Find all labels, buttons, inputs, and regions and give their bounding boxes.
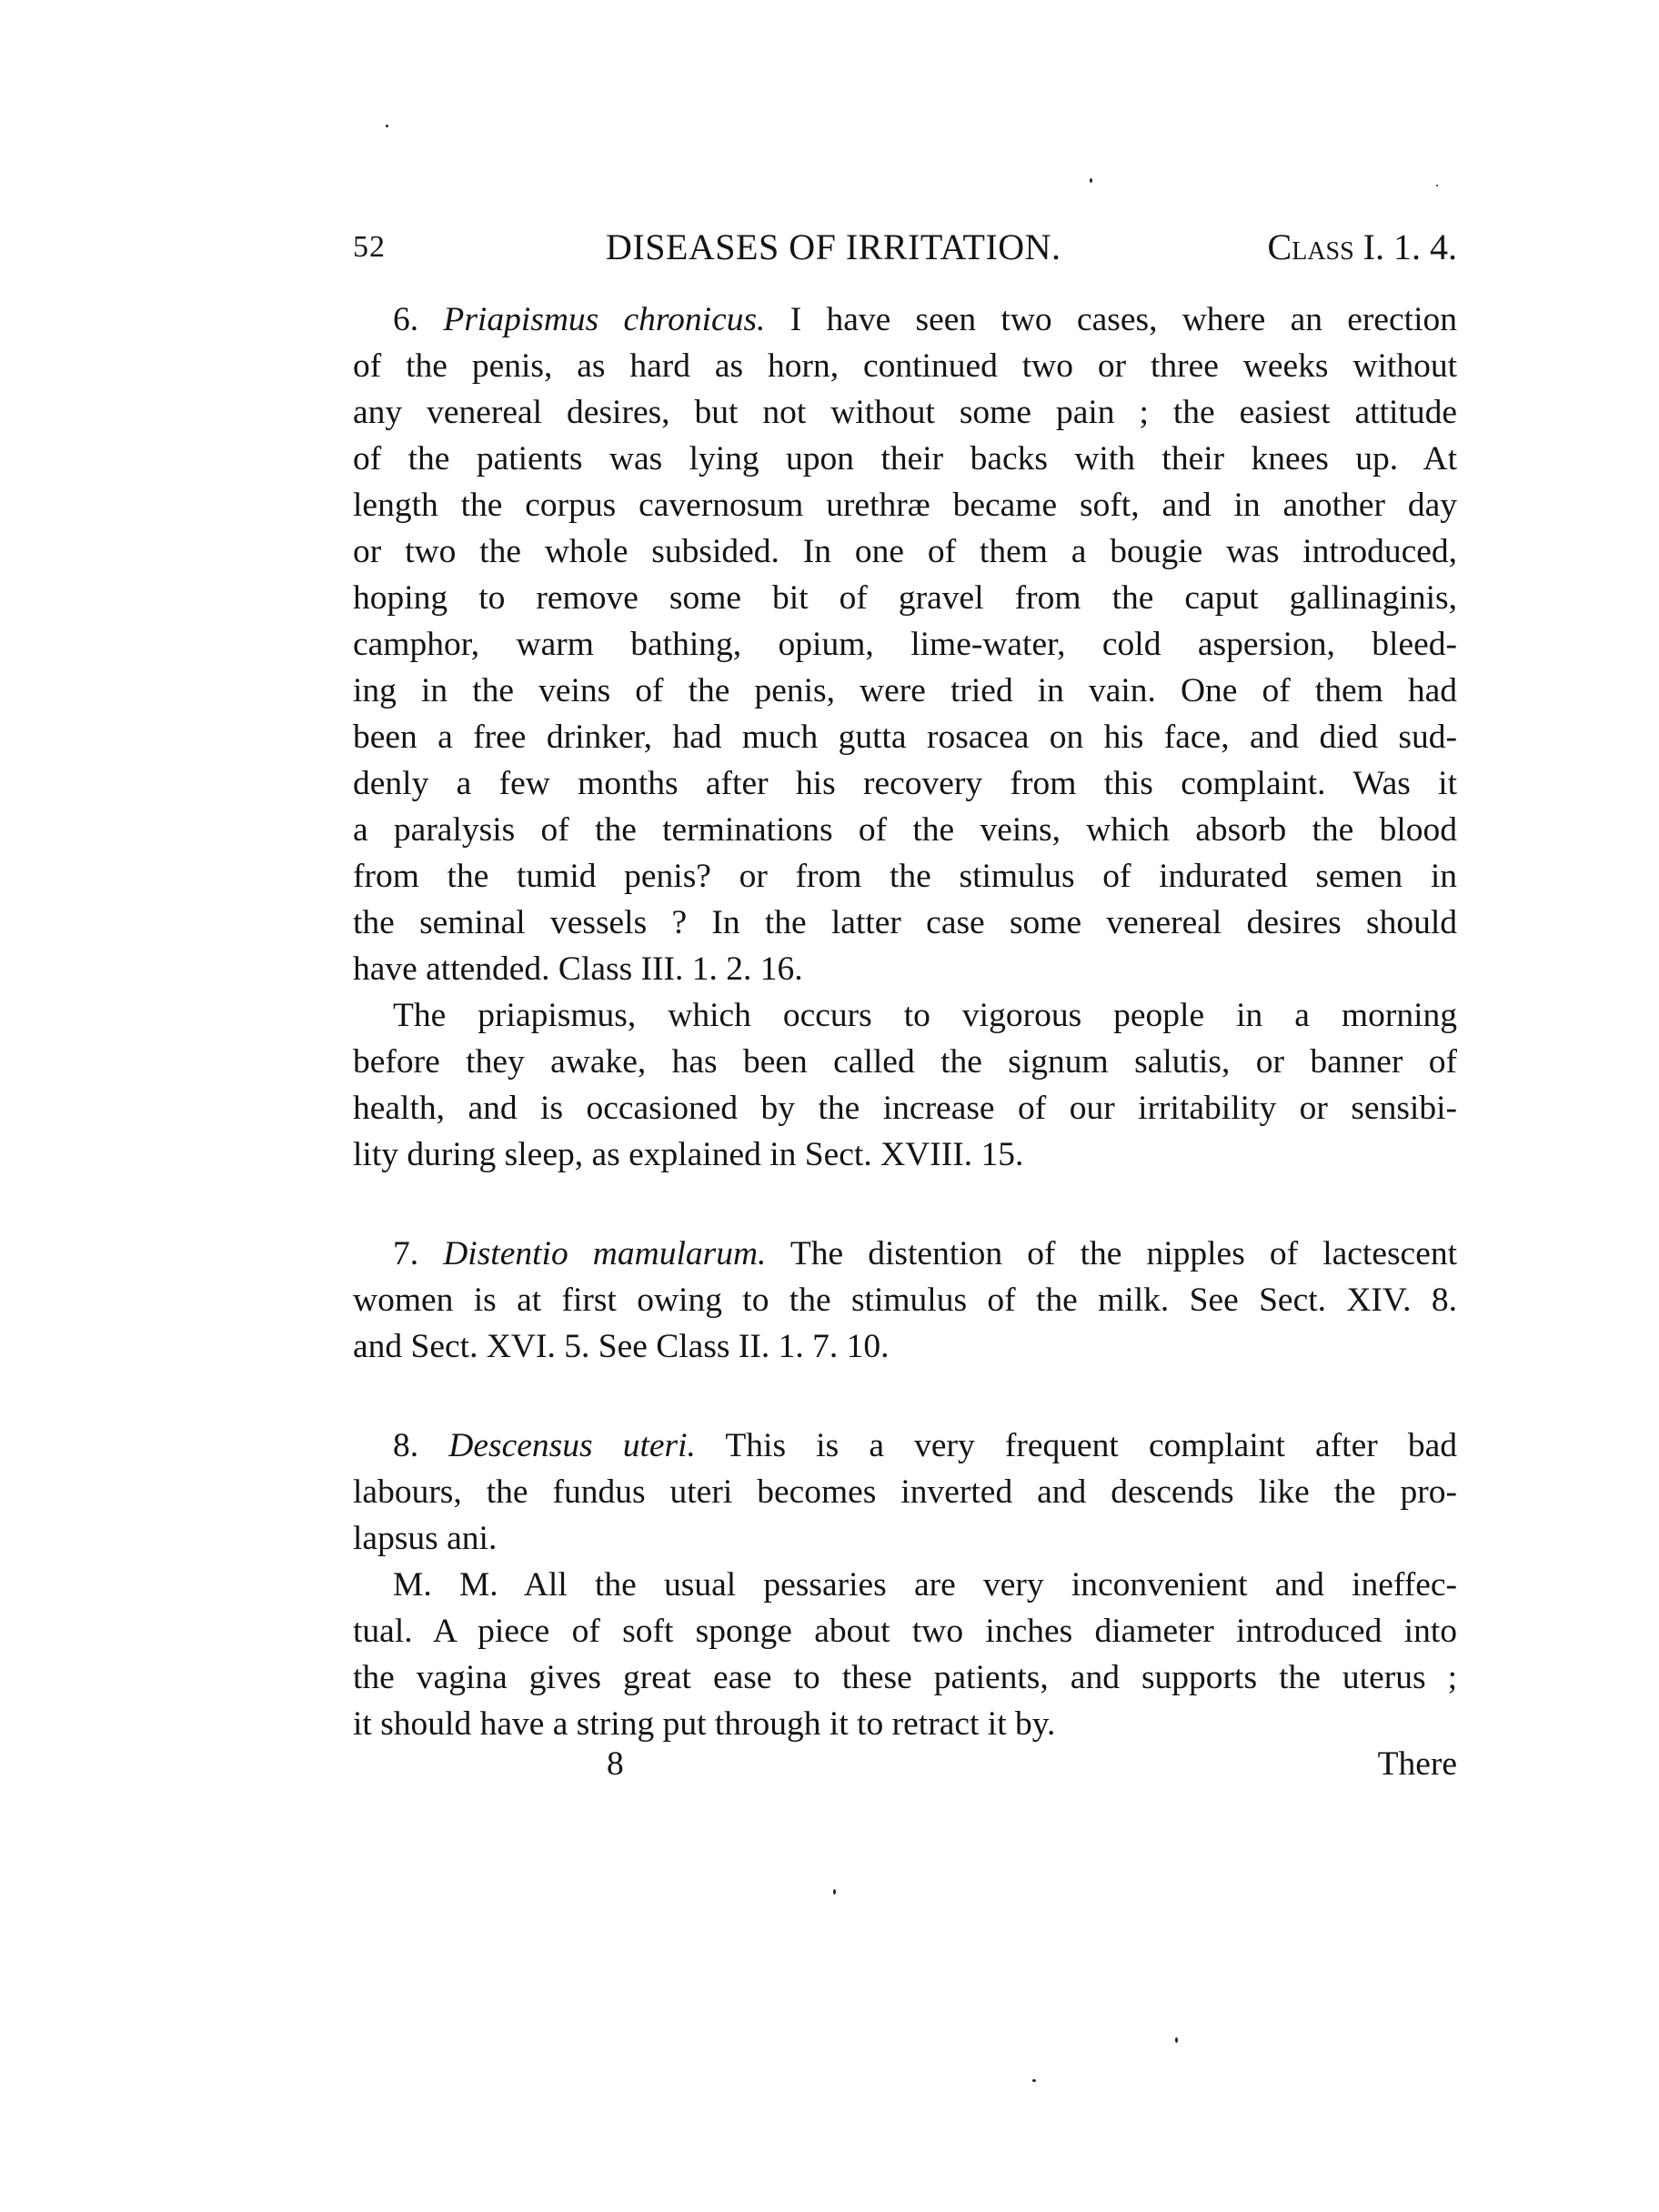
text-line: been a free drinker, had much gutta rosa… bbox=[353, 714, 1457, 760]
text-line: before they awake, has been called the s… bbox=[353, 1039, 1457, 1085]
section-number: 6. bbox=[393, 301, 418, 338]
text-line: hoping to remove some bit of gravel from… bbox=[353, 575, 1457, 621]
text-line: labours, the fundus uteri becomes invert… bbox=[353, 1469, 1457, 1515]
text-line: denly a few months after his recovery fr… bbox=[353, 760, 1457, 807]
section-heading: Priapismus chronicus. bbox=[443, 301, 765, 338]
text-line: from the tumid penis? or from the stimul… bbox=[353, 853, 1457, 900]
running-title: DISEASES OF IRRITATION. bbox=[606, 227, 1061, 267]
catchword: There bbox=[1378, 1741, 1457, 1787]
text-line: The priapismus, which occurs to vigorous… bbox=[353, 992, 1457, 1039]
scan-speck bbox=[1032, 2079, 1036, 2082]
section-descensus-uteri: 8. Descensus uteri. This is a very frequ… bbox=[353, 1423, 1457, 1747]
text-line: any venereal desires, but not without so… bbox=[353, 389, 1457, 436]
text-line: ing in the veins of the penis, were trie… bbox=[353, 668, 1457, 714]
text-line: tual. A piece of soft sponge about two i… bbox=[353, 1608, 1457, 1654]
text-line: This is a very frequent complaint after … bbox=[725, 1427, 1457, 1464]
text-line: have attended. Class III. 1. 2. 16. bbox=[353, 946, 1457, 992]
section-number: 8. bbox=[393, 1427, 418, 1464]
text-line: lapsus ani. bbox=[353, 1515, 1457, 1562]
text-line: health, and is occasioned by the increas… bbox=[353, 1085, 1457, 1131]
page-number: 52 bbox=[353, 227, 386, 267]
section-gap bbox=[353, 1178, 1457, 1231]
section-distentio-mamularum: 7. Distentio mamularum. The distention o… bbox=[353, 1231, 1457, 1370]
section-priapismus-chronicus: 6. Priapismus chronicus. I have seen two… bbox=[353, 297, 1457, 1178]
running-header: 52 DISEASES OF IRRITATION. Class I. 1. 4… bbox=[353, 227, 1457, 267]
scan-speck bbox=[1436, 185, 1438, 186]
section-first-line: 7. Distentio mamularum. The distention o… bbox=[353, 1231, 1457, 1277]
text-line: the seminal vessels ? In the latter case… bbox=[353, 900, 1457, 946]
scan-speck bbox=[1090, 178, 1092, 183]
book-page: 52 DISEASES OF IRRITATION. Class I. 1. 4… bbox=[0, 0, 1659, 2212]
page-footer: 8 There bbox=[353, 1741, 1457, 1787]
text-line: M. M. All the usual pessaries are very i… bbox=[353, 1562, 1457, 1608]
text-line: women is at first owing to the stimulus … bbox=[353, 1277, 1457, 1323]
text-line: a paralysis of the terminations of the v… bbox=[353, 807, 1457, 853]
text-line: camphor, warm bathing, opium, lime-water… bbox=[353, 621, 1457, 668]
scan-speck bbox=[386, 125, 388, 127]
text-line: the vagina gives great ease to these pat… bbox=[353, 1654, 1457, 1701]
class-reference: Class I. 1. 4. bbox=[1268, 227, 1457, 267]
section-first-line: 6. Priapismus chronicus. I have seen two… bbox=[353, 297, 1457, 343]
text-line: and Sect. XVI. 5. See Class II. 1. 7. 10… bbox=[353, 1323, 1457, 1370]
body-text: 6. Priapismus chronicus. I have seen two… bbox=[353, 297, 1457, 1747]
section-gap bbox=[353, 1370, 1457, 1423]
section-number: 7. bbox=[393, 1235, 418, 1272]
text-line: of the penis, as hard as horn, continued… bbox=[353, 343, 1457, 389]
section-heading: Distentio mamularum. bbox=[443, 1235, 766, 1272]
text-line: lity during sleep, as explained in Sect.… bbox=[353, 1131, 1457, 1178]
text-line: length the corpus cavernosum urethræ bec… bbox=[353, 482, 1457, 528]
scan-speck bbox=[1175, 2037, 1178, 2043]
section-heading: Descensus uteri. bbox=[448, 1427, 696, 1464]
signature-mark: 8 bbox=[607, 1741, 624, 1787]
scan-speck bbox=[833, 1889, 836, 1895]
text-line: The distention of the nipples of lactesc… bbox=[790, 1235, 1457, 1272]
text-line: or two the whole subsided. In one of the… bbox=[353, 528, 1457, 575]
section-first-line: 8. Descensus uteri. This is a very frequ… bbox=[353, 1423, 1457, 1469]
text-line: of the patients was lying upon their bac… bbox=[353, 436, 1457, 482]
text-line: I have seen two cases, where an erection bbox=[790, 301, 1457, 338]
